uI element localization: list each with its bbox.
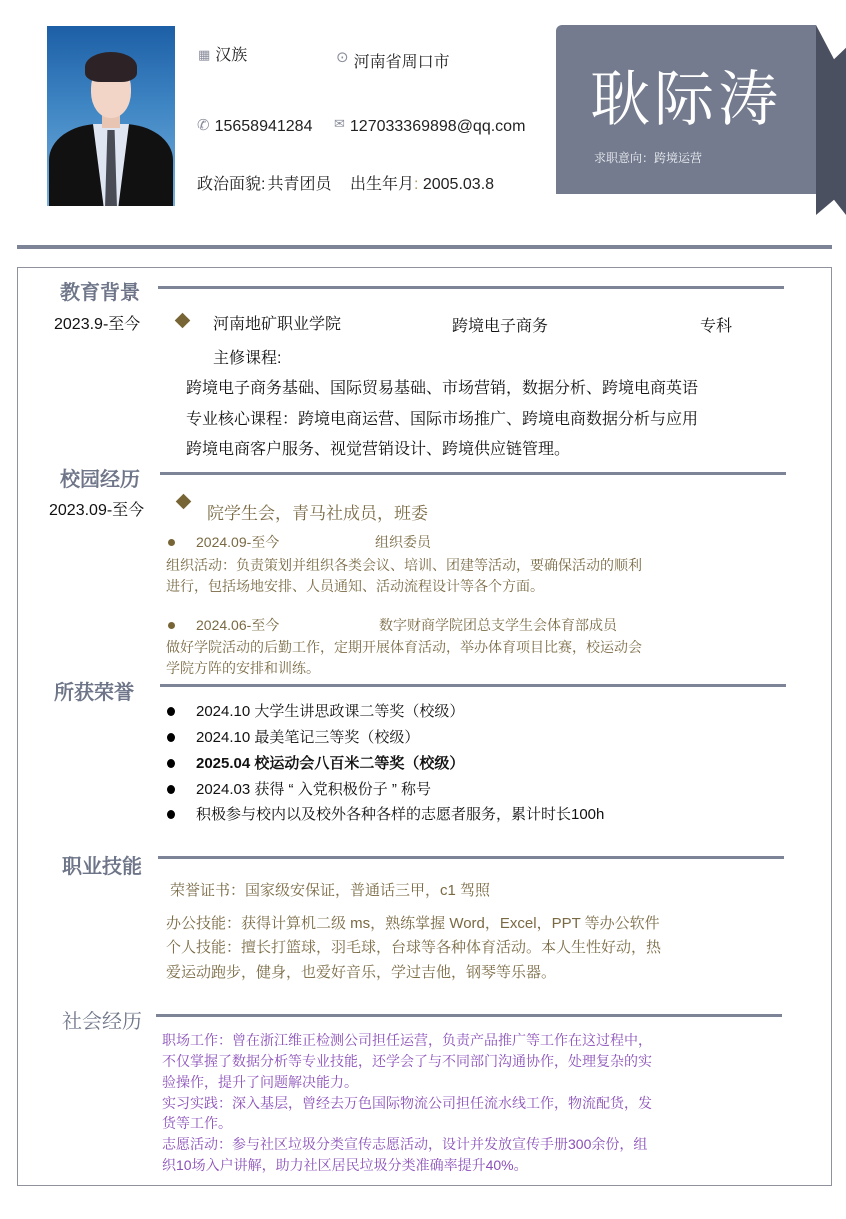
campus-item-desc: 学院方阵的安排和训练。	[166, 658, 320, 679]
social-line: 验操作，提升了问题解决能力。	[162, 1072, 358, 1093]
honor-item: 2024.03 获得 “ 入党积极份子 ” 称号	[196, 779, 431, 800]
campus-item-role: 组织委员	[375, 532, 431, 553]
name-card-fold	[816, 25, 846, 215]
campus-item-desc: 组织活动：负责策划并组织各类会议、培训、团建等活动，要确保活动的顺利	[166, 555, 642, 576]
bullet-icon	[168, 622, 175, 629]
skill-line: 个人技能：擅长打篮球，羽毛球，台球等各种体育活动。本人生性好动，热	[166, 937, 661, 958]
course-line: 专业核心课程：跨境电商运营、国际市场推广、跨境电商数据分析与应用	[186, 406, 698, 429]
job-intent: 求职意向：跨境运营	[594, 149, 702, 166]
profile-photo	[47, 26, 175, 206]
email-value: 127033369898@qq.com	[350, 118, 526, 135]
bullet-icon	[167, 810, 175, 819]
candidate-name: 耿际涛	[590, 52, 782, 138]
birth-value: 2005.03.8	[423, 176, 494, 193]
mail-icon: ✉	[334, 116, 345, 132]
honor-item: 2024.10 最美笔记三等奖（校级）	[196, 727, 419, 748]
email-field: ✉127033369898@qq.com	[334, 116, 525, 134]
phone-field: ✆15658941284	[197, 116, 312, 136]
header-divider	[17, 245, 832, 249]
social-line: 志愿活动：参与社区垃圾分类宣传志愿活动，设计并发放宣传手册300余份，组	[162, 1134, 647, 1155]
map-pin-icon: ⊙	[336, 48, 349, 66]
section-divider	[158, 856, 784, 859]
skill-line: 爱运动跑步，健身，也爱好音乐，学过吉他，钢琴等乐器。	[166, 962, 556, 983]
section-divider	[156, 1014, 782, 1017]
ethnicity-field: ▦汉族	[198, 42, 247, 65]
bullet-icon	[167, 733, 175, 742]
skill-line: 办公技能：获得计算机二级 ms，熟练掌握 Word，Excel，PPT 等办公软…	[166, 913, 660, 934]
political-birth-row: 政治面貌:共青团员 出生年月: 2005.03.8	[197, 171, 494, 194]
bullet-icon	[167, 785, 175, 794]
bullet-icon	[167, 759, 175, 768]
honor-item: 2024.10 大学生讲思政课二等奖（校级）	[196, 701, 464, 722]
social-line: 实习实践：深入基层，曾经去万色国际物流公司担任流水线工作，物流配货，发	[162, 1093, 652, 1114]
campus-item-desc: 做好学院活动的后勤工作，定期开展体育活动，举办体育项目比赛，校运动会	[166, 637, 642, 658]
phone-icon: ✆	[197, 116, 210, 134]
phone-value: 15658941284	[215, 118, 313, 135]
campus-headline: 院学生会，青马社成员，班委	[207, 499, 428, 524]
course-line: 跨境电子商务基础、国际贸易基础、市场营销，数据分析、跨境电商英语	[186, 375, 698, 398]
bullet-icon	[167, 707, 175, 716]
campus-item-date: 2024.09-至今	[196, 532, 279, 553]
education-date: 2023.9-至今	[54, 311, 140, 334]
section-title-campus: 校园经历	[60, 463, 140, 492]
course-line: 跨境电商客户服务、视觉营销设计、跨境供应链管理。	[186, 436, 570, 459]
social-line: 织10场入户讲解，助力社区居民垃圾分类准确率提升40%。	[162, 1155, 528, 1176]
social-line: 职场工作：曾在浙江维正检测公司担任运营，负责产品推广等工作在这过程中，	[162, 1030, 652, 1051]
ethnicity-value: 汉族	[215, 47, 247, 64]
section-divider	[160, 472, 786, 475]
campus-item-desc: 进行，包括场地安排、人员通知、活动流程设计等各个方面。	[166, 576, 544, 597]
bullet-icon	[168, 539, 175, 546]
section-divider	[160, 684, 786, 687]
location-field: ⊙河南省周口市	[336, 45, 450, 68]
social-line: 货等工作。	[162, 1113, 232, 1134]
section-title-social: 社会经历	[62, 1005, 142, 1034]
campus-date: 2023.09-至今	[49, 497, 144, 520]
campus-item-role: 数字财商学院团总支学生会体育部成员	[379, 615, 617, 636]
social-line: 不仅掌握了数据分析等专业技能，还学会了与不同部门沟通协作，处理复杂的实	[162, 1051, 652, 1072]
political-label: 政治面貌	[197, 176, 261, 193]
section-title-education: 教育背景	[60, 276, 140, 305]
section-title-skills: 职业技能	[62, 850, 142, 879]
political-value: 共青团员	[267, 176, 331, 193]
section-divider	[158, 286, 784, 289]
section-title-honors: 所获荣誉	[54, 676, 134, 705]
honor-item: 积极参与校内以及校外各种各样的志愿者服务，累计时长100h	[196, 804, 604, 825]
degree: 专科	[700, 313, 732, 336]
skill-line: 荣誉证书：国家级安保证，普通话三甲，c1 驾照	[170, 880, 490, 901]
calendar-icon: ▦	[198, 47, 210, 63]
campus-item-date: 2024.06-至今	[196, 615, 279, 636]
location-value: 河南省周口市	[354, 54, 450, 71]
major: 跨境电子商务	[452, 313, 548, 336]
honor-item: 2025.04 校运动会八百米二等奖（校级）	[196, 753, 464, 774]
birth-label: 出生年月	[350, 176, 414, 193]
courses-label: 主修课程:	[213, 345, 281, 368]
school-name: 河南地矿职业学院	[213, 311, 341, 334]
